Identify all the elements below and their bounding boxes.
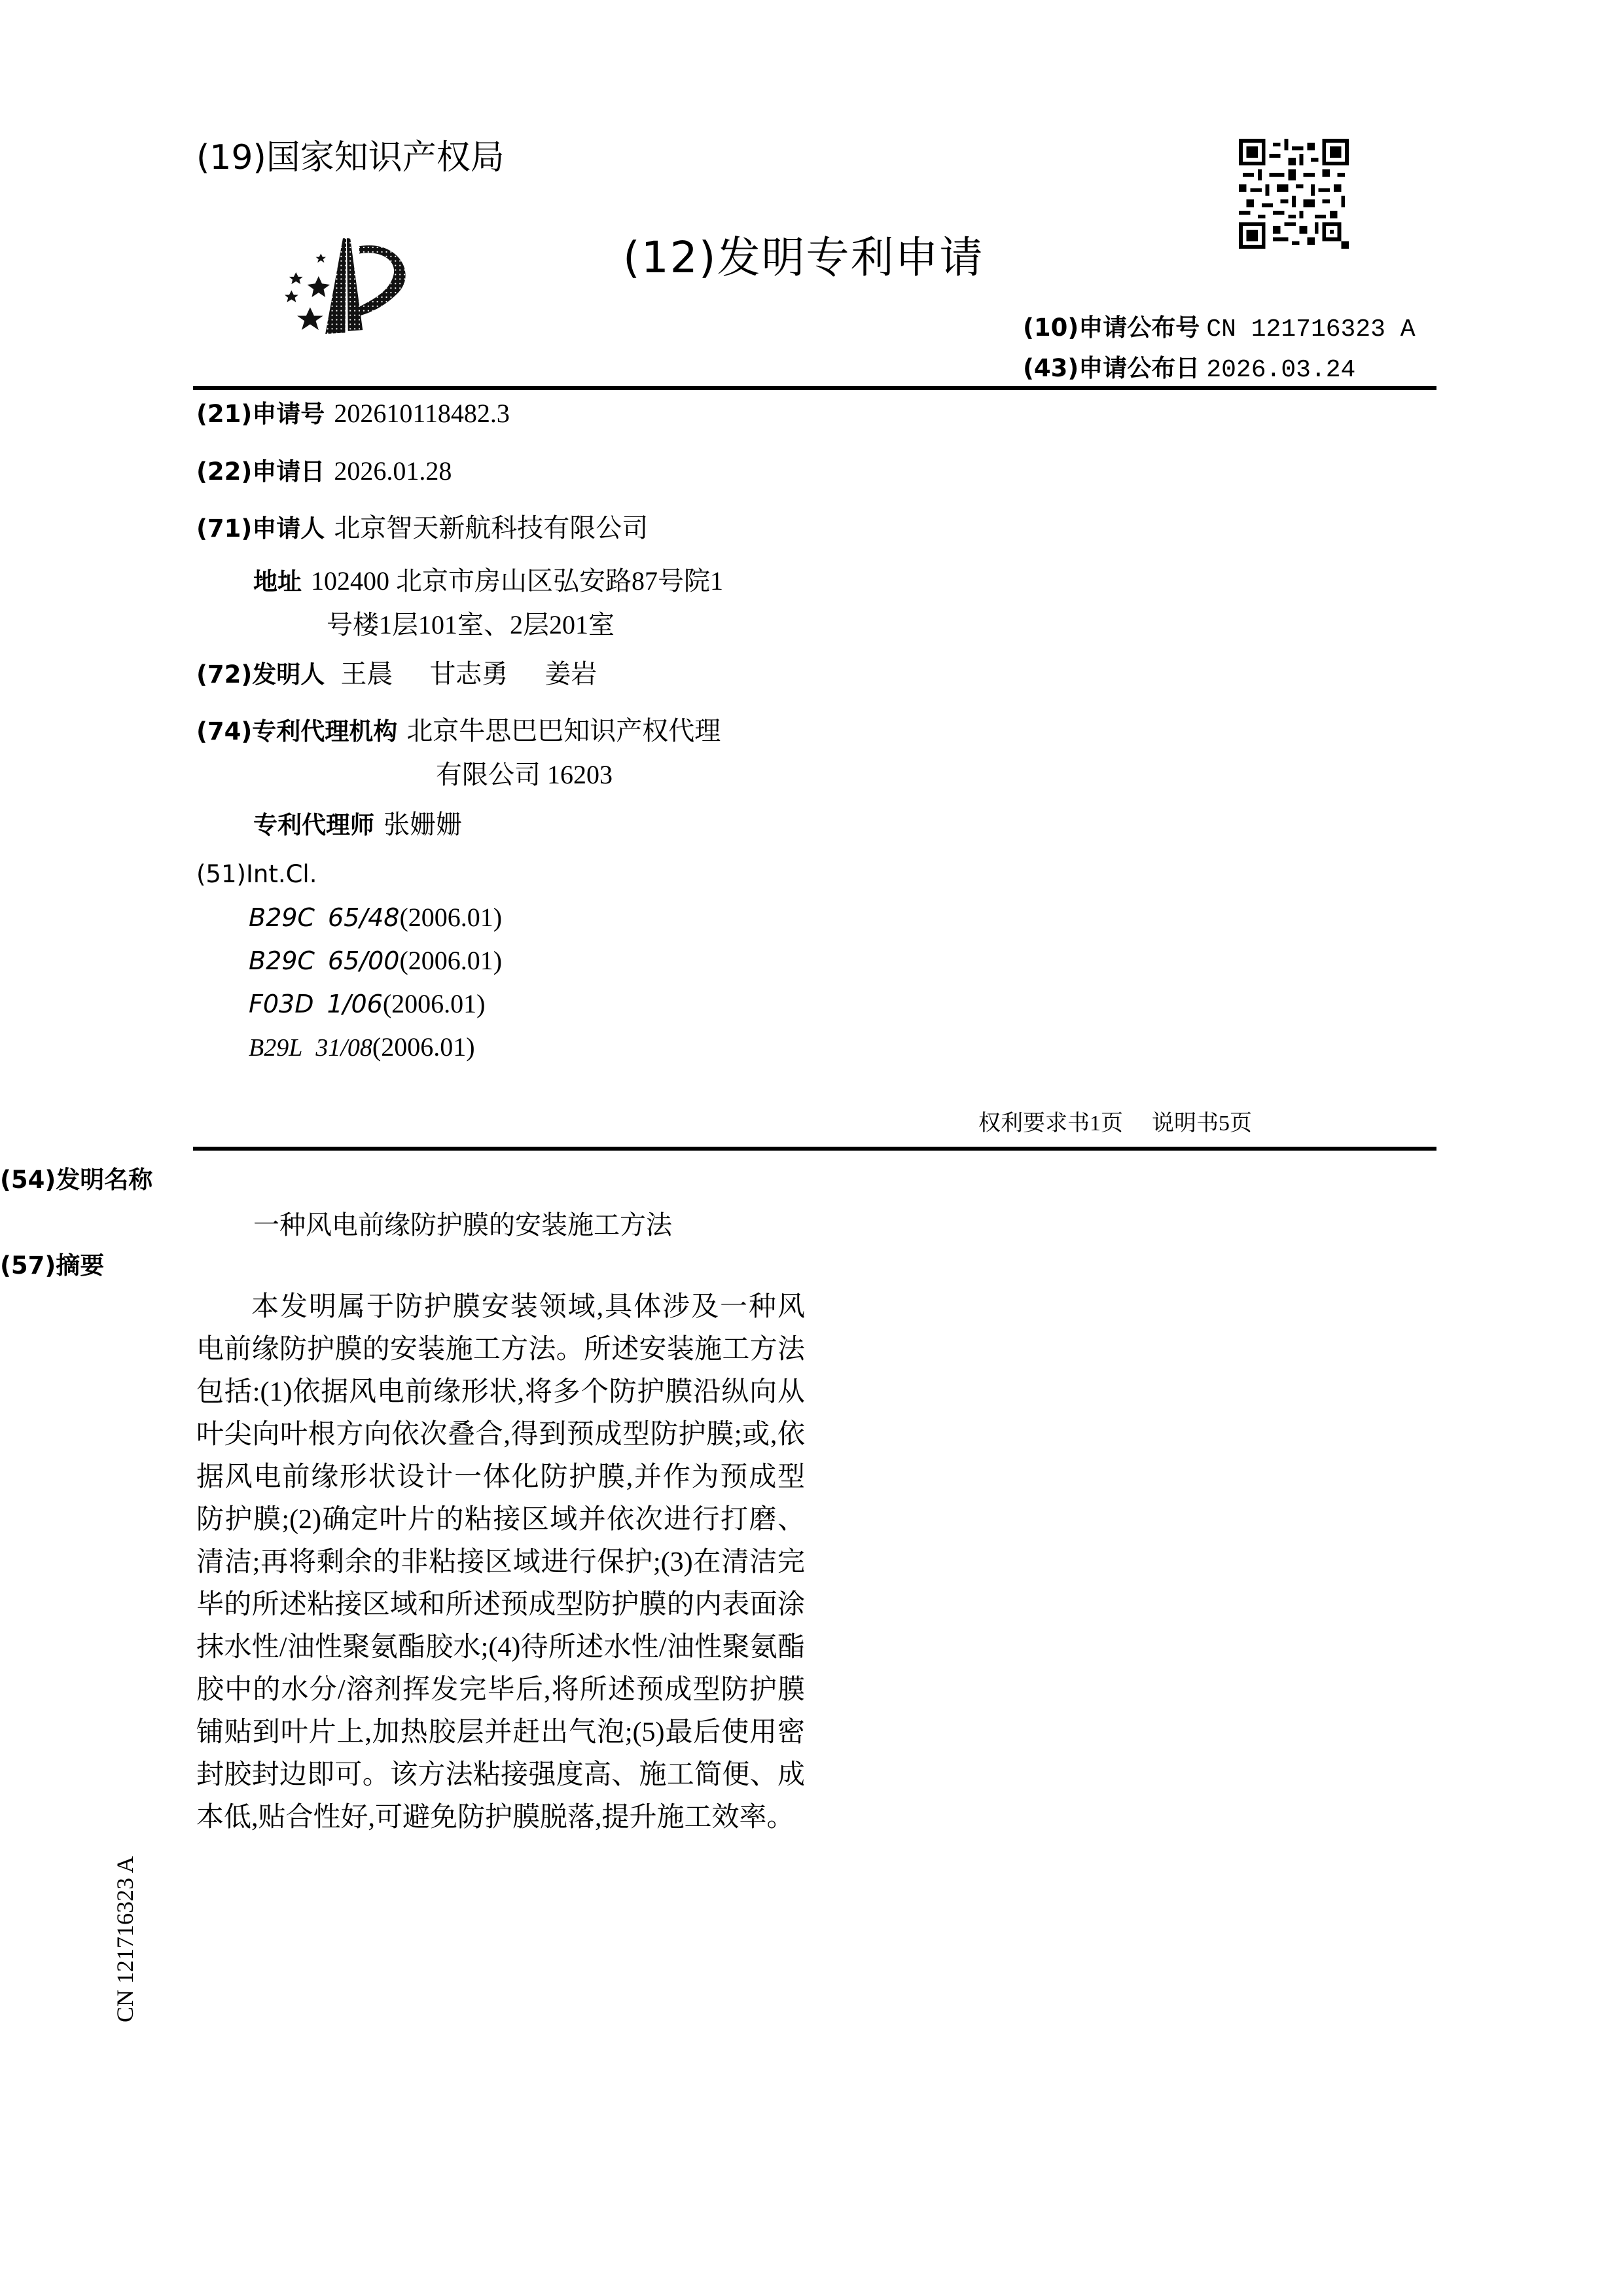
agency-line1: 北京牛思巴巴知识产权代理 [406,716,721,745]
office-name: (19)国家知识产权局 [196,130,505,179]
address-line2: 号楼1层101室、2层201室 [253,603,842,647]
patent-agency: (74)专利代理机构北京牛思巴巴知识产权代理 有限公司 16203 [196,718,851,788]
ipc-item: B29C65/00(2006.01) [249,945,502,976]
description-page-count: 说明书5页 [1152,1111,1252,1136]
publication-date: (43)申请公布日2026.03.24 [1023,348,1355,384]
publication-number: (10)申请公布号CN 121716323 A [1023,308,1416,344]
inventor-name: 姜岩 [544,659,597,689]
qr-code-icon [1239,139,1349,249]
claims-page-count: 权利要求书1页 [978,1111,1123,1136]
cnipa-logo-icon [262,223,432,347]
agent-label: 专利代理师 [253,811,374,839]
ipc-label: (51)Int.Cl. [196,861,317,888]
filing-date-value: 2026.01.28 [334,456,452,486]
agency-line2: 有限公司 16203 [196,762,851,788]
address-line1: 102400 北京市房山区弘安路87号院1 [311,566,723,596]
applicant-value: 北京智天新航科技有限公司 [334,513,648,543]
patent-agent: 专利代理师张姗姗 [253,804,462,841]
page-counts: 权利要求书1页说明书5页 [978,1105,1252,1137]
inventor-name: 甘志勇 [429,659,508,689]
inventors: (72)发明人 王晨甘志勇姜岩 [196,661,597,688]
header-divider [193,386,1436,390]
application-number-value: 202610118482.3 [334,399,510,428]
publication-date-label: (43)申请公布日 [1023,354,1200,382]
agency-label: (74)专利代理机构 [196,717,397,745]
address-label: 地址 [253,567,302,596]
publication-number-label: (10)申请公布号 [1023,314,1200,342]
agent-value: 张姗姗 [383,810,462,839]
applicant: (71)申请人北京智天新航科技有限公司 [196,515,648,542]
abstract-label: (57)摘要 [0,1246,104,1281]
ipc-item: B29L31/08(2006.01) [249,1031,475,1062]
address: 地址102400 北京市房山区弘安路87号院1 号楼1层101室、2层201室 [253,560,842,647]
document-type-title: (12)发明专利申请 [623,223,984,285]
side-publication-number: CN 121716323 A [111,1856,139,2022]
inventor-name: 王晨 [340,659,393,689]
application-number: (21)申请号202610118482.3 [196,401,510,427]
filing-date: (22)申请日2026.01.28 [196,458,452,485]
ipc-item: B29C65/48(2006.01) [249,902,502,933]
abstract-text: 本发明属于防护膜安装领域,具体涉及一种风电前缘防护膜的安装施工方法。所述安装施工… [196,1286,805,1839]
publication-number-value: CN 121716323 A [1206,315,1415,344]
invention-title: 一种风电前缘防护膜的安装施工方法 [253,1204,672,1242]
applicant-label: (71)申请人 [196,514,325,543]
filing-date-label: (22)申请日 [196,457,325,486]
inventors-label: (72)发明人 [196,660,325,689]
invention-title-label: (54)发明名称 [0,1160,152,1195]
ipc-item: F03D1/06(2006.01) [249,988,485,1019]
application-number-label: (21)申请号 [196,400,325,428]
publication-date-value: 2026.03.24 [1206,356,1355,384]
section-divider [193,1147,1436,1151]
